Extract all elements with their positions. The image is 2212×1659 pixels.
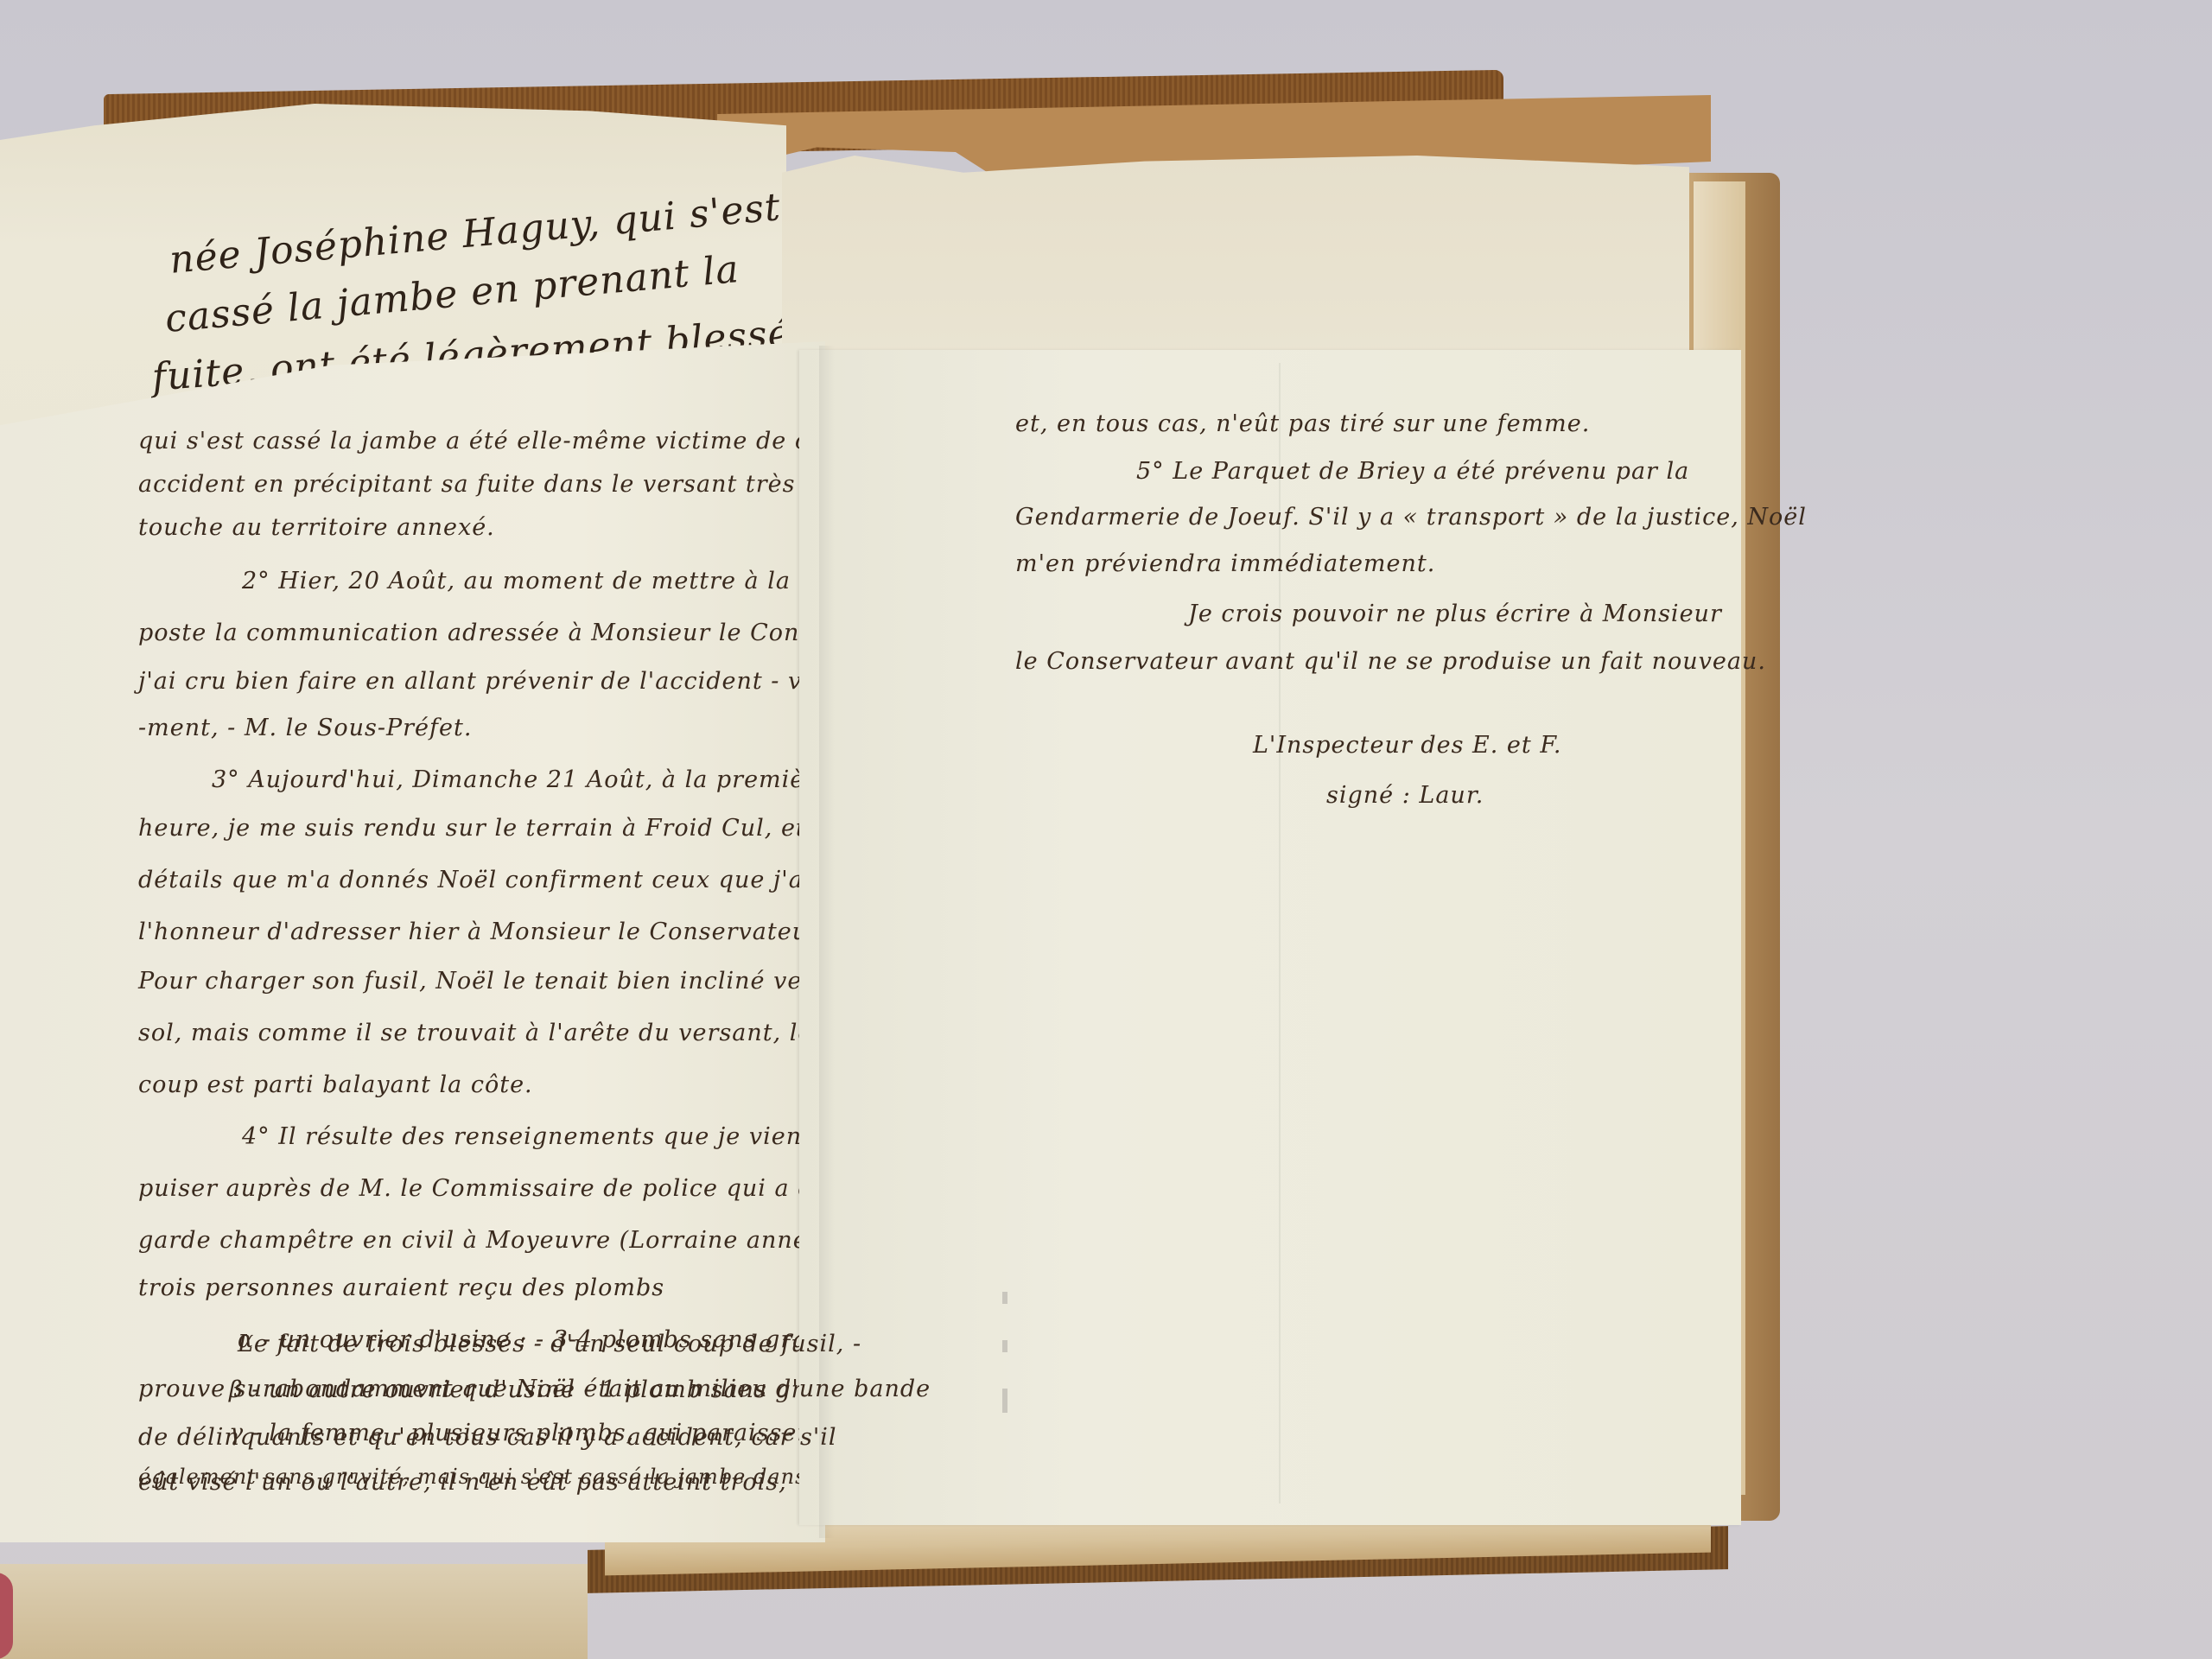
book-gutter <box>819 346 835 1538</box>
left-page-line: eût visé l'un ou l'autre, il n'en eût pa… <box>138 1469 787 1496</box>
left-page[interactable]: qui s'est cassé la jambe a été elle-même… <box>0 341 825 1542</box>
holding-finger <box>0 1573 13 1659</box>
page-stack-bottom-left <box>0 1564 588 1659</box>
left-page-line: sol, mais comme il se trouvait à l'arête… <box>138 1020 812 1046</box>
left-page-line: heure, je me suis rendu sur le terrain à… <box>138 815 850 842</box>
right-page-line: m'en préviendra immédiatement. <box>1015 550 1435 577</box>
signature-title: L'Inspecteur des E. et F. <box>1253 732 1561 759</box>
left-page-line: prouve surabondamment que Noël était au … <box>138 1376 931 1402</box>
right-page-line: et, en tous cas, n'eût pas tiré sur une … <box>1015 410 1590 437</box>
left-page-line: Le fait de trois blessés - d'un seul cou… <box>238 1331 861 1357</box>
left-page-line: coup est parti balayant la côte. <box>138 1071 533 1098</box>
left-page-line: l'honneur d'adresser hier à Monsieur le … <box>138 918 842 945</box>
left-page-line: de délinquants et qu'en tous cas il y a … <box>138 1424 837 1451</box>
right-page-line: Gendarmerie de Joeuf. S'il y a « transpo… <box>1015 504 1807 531</box>
left-page-line: détails que m'a donnés Noël confirment c… <box>138 867 850 893</box>
left-page-line: qui s'est cassé la jambe a été elle-même… <box>138 428 834 454</box>
left-page-line: Pour charger son fusil, Noël le tenait b… <box>138 968 858 995</box>
left-page-line: -ment, - M. le Sous-Préfet. <box>138 715 472 741</box>
left-page-line: 4° Il résulte des renseignements que je … <box>242 1123 854 1150</box>
right-page[interactable]: et, en tous cas, n'eût pas tiré sur une … <box>799 350 1741 1525</box>
left-page-line: touche au territoire annexé. <box>138 514 495 541</box>
left-page-line: j'ai cru bien faire en allant prévenir d… <box>138 668 891 695</box>
right-page-line: Je crois pouvoir ne plus écrire à Monsie… <box>1188 601 1722 627</box>
right-page-line: le Conservateur avant qu'il ne se produi… <box>1015 648 1766 675</box>
left-page-continued <box>0 1508 825 1560</box>
left-page-line: 3° Aujourd'hui, Dimanche 21 Août, à la p… <box>212 766 831 793</box>
signature-signed: signé : Laur. <box>1326 782 1484 809</box>
left-page-line: 2° Hier, 20 Août, au moment de mettre à … <box>242 568 791 594</box>
left-page-line: trois personnes auraient reçu des plombs <box>138 1274 664 1301</box>
straight-pin-icon <box>1002 1292 1007 1413</box>
right-page-line: 5° Le Parquet de Briey a été prévenu par… <box>1136 458 1689 485</box>
paper-fold-line <box>1279 363 1281 1503</box>
